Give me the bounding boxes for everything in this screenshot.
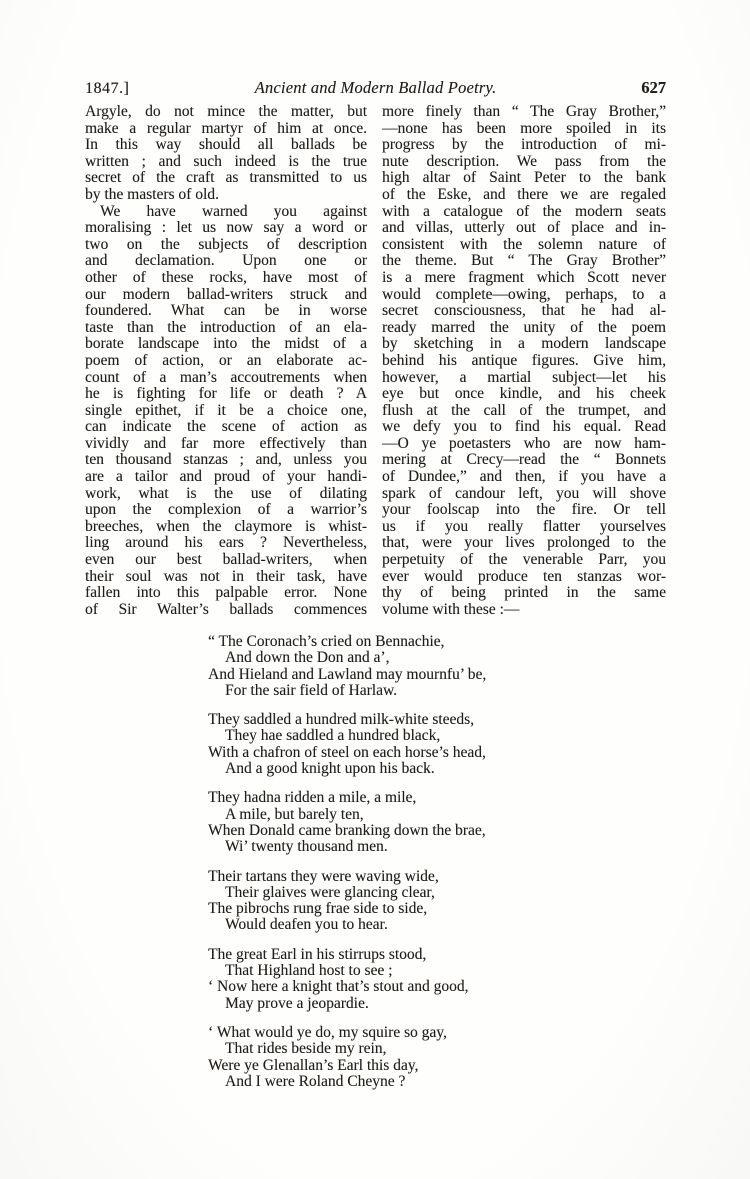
poem-line: ‘ Now here a knight that’s stout and goo… [208, 979, 678, 995]
text-line: In this way should all ballads be [85, 137, 367, 154]
poem-line: With a chafron of steel on each horse’s … [208, 745, 678, 761]
poem-line: And down the Don and a’, [225, 650, 678, 666]
text-line: count of a man’s accoutrements when [85, 370, 367, 387]
poem-line: When Donald came branking down the brae, [208, 823, 678, 839]
text-line: ready marred the unity of the poem [382, 320, 666, 337]
text-line: poem of action, or an elaborate ac- [85, 353, 367, 370]
text-line: Argyle, do not mince the matter, but [85, 104, 367, 121]
poem-line: They hadna ridden a mile, a mile, [208, 790, 678, 806]
header-page-number: 627 [641, 79, 666, 97]
poem-line: ‘ What would ye do, my squire so gay, [208, 1025, 678, 1041]
text-line: by sketching in a modern landscape [382, 336, 666, 353]
poem-line: Their glaives were glancing clear, [225, 885, 678, 901]
poem-stanza: ‘ What would ye do, my squire so gay,Tha… [208, 1025, 678, 1090]
text-line: would complete—owing, perhaps, to a [382, 287, 666, 304]
text-line: that, were your lives prolonged to the [382, 535, 666, 552]
text-line: two on the subjects of description [85, 237, 367, 254]
poem-line: That rides beside my rein, [225, 1041, 678, 1057]
text-line: and declamation. Upon one or [85, 253, 367, 270]
poem-line: “ The Coronach’s cried on Bennachie, [208, 634, 678, 650]
left-text-column: Argyle, do not mince the matter, butmake… [85, 104, 367, 618]
text-line: of Sir Walter’s ballads commences [85, 602, 367, 619]
poem-line: The pibrochs rung frae side to side, [208, 901, 678, 917]
text-line: he is fighting for life or death ? A [85, 386, 367, 403]
poem-line: And Hieland and Lawland may mournfu’ be, [208, 667, 678, 683]
text-line: spark of candour left, you will shove [382, 486, 666, 503]
text-line: written ; and such indeed is the true [85, 154, 367, 171]
text-line: make a regular martyr of him at once. [85, 121, 367, 138]
text-line: behind his antique figures. Give him, [382, 353, 666, 370]
header-title: Ancient and Modern Ballad Poetry. [85, 79, 666, 97]
text-line: mering at Crecy—read the “ Bonnets [382, 452, 666, 469]
text-line: moralising : let us now say a word or [85, 220, 367, 237]
poem-line: Wi’ twenty thousand men. [225, 839, 678, 855]
poem-line: And I were Roland Cheyne ? [225, 1074, 678, 1090]
poem-line: And a good knight upon his back. [225, 761, 678, 777]
text-line: upon the complexion of a warrior’s [85, 502, 367, 519]
poem-stanza: They saddled a hundred milk-white steeds… [208, 712, 678, 777]
text-line: even our best ballad-writers, when [85, 552, 367, 569]
text-line: secret of the craft as transmitted to us [85, 170, 367, 187]
poem-line: They hae saddled a hundred black, [225, 728, 678, 744]
page-header: 1847.] Ancient and Modern Ballad Poetry.… [85, 79, 666, 99]
text-line: with a catalogue of the modern seats [382, 204, 666, 221]
poem-line: May prove a jeopardie. [225, 996, 678, 1012]
text-line: consistent with the solemn nature of [382, 237, 666, 254]
text-line: the theme. But “ The Gray Brother” [382, 253, 666, 270]
text-line: —none has been more spoiled in its [382, 121, 666, 138]
text-line: ten thousand stanzas ; and, unless you [85, 452, 367, 469]
text-line: thy of being printed in the same [382, 585, 666, 602]
poem-stanza: The great Earl in his stirrups stood,Tha… [208, 947, 678, 1012]
poem-line: Their tartans they were waving wide, [208, 869, 678, 885]
text-line: We have warned you against [85, 204, 367, 221]
book-page: 1847.] Ancient and Modern Ballad Poetry.… [0, 0, 750, 1179]
text-line: is a mere fragment which Scott never [382, 270, 666, 287]
text-line: more finely than “ The Gray Brother,” [382, 104, 666, 121]
text-line: vividly and far more effectively than [85, 436, 367, 453]
poem-line: They saddled a hundred milk-white steeds… [208, 712, 678, 728]
text-line: and villas, utterly out of place and in- [382, 220, 666, 237]
text-line: however, a martial subject—let his [382, 370, 666, 387]
header-year-marker: 1847.] [85, 80, 129, 98]
ballad-quotation-block: “ The Coronach’s cried on Bennachie,And … [208, 634, 678, 1103]
text-line: by the masters of old. [85, 187, 367, 204]
text-line: nute description. We pass from the [382, 154, 666, 171]
poem-line: Were ye Glenallan’s Earl this day, [208, 1058, 678, 1074]
poem-stanza: Their tartans they were waving wide,Thei… [208, 869, 678, 934]
text-line: secret consciousness, that he had al- [382, 303, 666, 320]
text-line: taste than the introduction of an ela- [85, 320, 367, 337]
text-line: our modern ballad-writers struck and [85, 287, 367, 304]
text-line: work, what is the use of dilating [85, 486, 367, 503]
text-line: ever would produce ten stanzas wor- [382, 569, 666, 586]
poem-stanza: They hadna ridden a mile, a mile,A mile,… [208, 790, 678, 855]
text-line: us if you really flatter yourselves [382, 519, 666, 536]
text-line: volume with these :— [382, 602, 666, 619]
text-line: borate landscape into the midst of a [85, 336, 367, 353]
text-line: single epithet, if it be a choice one, [85, 403, 367, 420]
text-line: other of these rocks, have most of [85, 270, 367, 287]
text-line: ling around his ears ? Nevertheless, [85, 535, 367, 552]
text-line: can indicate the scene of action as [85, 419, 367, 436]
text-line: eye but once kindle, and his cheek [382, 386, 666, 403]
text-line: fallen into this palpable error. None [85, 585, 367, 602]
text-line: of Dundee,” and then, if you have a [382, 469, 666, 486]
poem-line: The great Earl in his stirrups stood, [208, 947, 678, 963]
poem-stanza: “ The Coronach’s cried on Bennachie,And … [208, 634, 678, 699]
poem-line: For the sair field of Harlaw. [225, 683, 678, 699]
text-line: flush at the call of the trumpet, and [382, 403, 666, 420]
poem-line: A mile, but barely ten, [225, 807, 678, 823]
text-line: perpetuity of the venerable Parr, you [382, 552, 666, 569]
text-line: we defy you to find his equal. Read [382, 419, 666, 436]
poem-line: That Highland host to see ; [225, 963, 678, 979]
text-line: high altar of Saint Peter to the bank [382, 170, 666, 187]
text-line: are a tailor and proud of your handi- [85, 469, 367, 486]
text-line: their soul was not in their task, have [85, 569, 367, 586]
text-line: progress by the introduction of mi- [382, 137, 666, 154]
text-line: breeches, when the claymore is whist- [85, 519, 367, 536]
text-line: foundered. What can be in worse [85, 303, 367, 320]
text-line: your foolscap into the fire. Or tell [382, 502, 666, 519]
poem-line: Would deafen you to hear. [225, 917, 678, 933]
text-line: of the Eske, and there we are regaled [382, 187, 666, 204]
right-text-column: more finely than “ The Gray Brother,”—no… [382, 104, 666, 618]
text-line: —O ye poetasters who are now ham- [382, 436, 666, 453]
